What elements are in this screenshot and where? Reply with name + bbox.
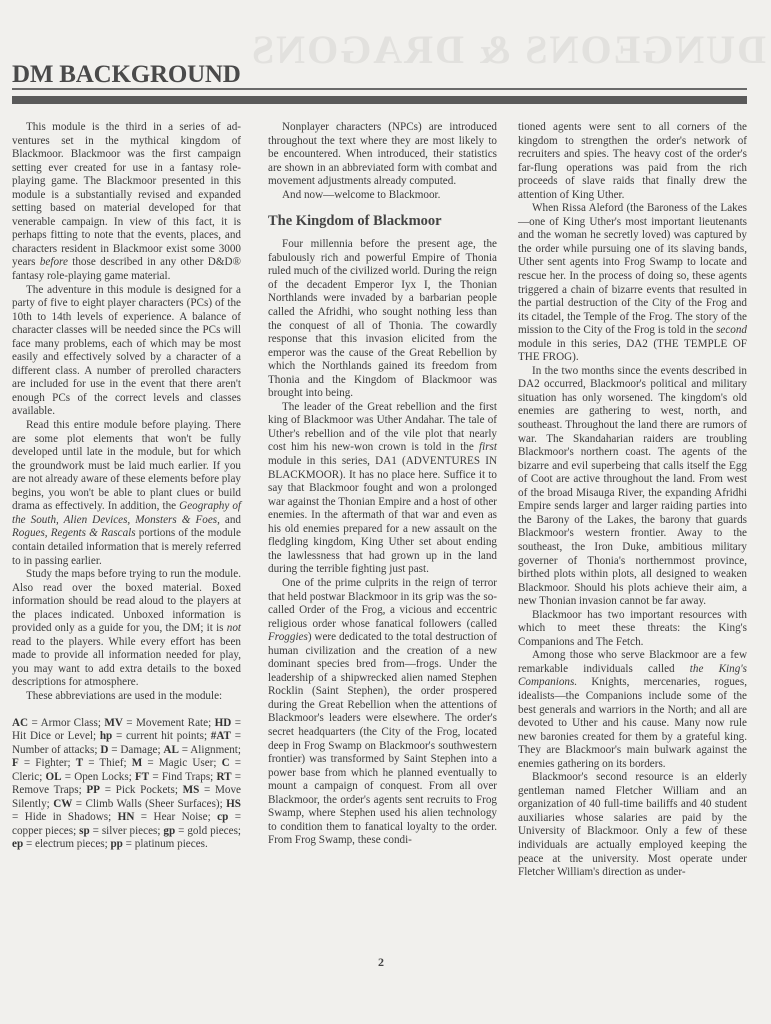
abbreviation-meaning: = Climb Walls (Sheer Surfaces); — [72, 798, 226, 810]
abbreviation-meaning: = Thief; — [83, 757, 132, 769]
abbreviation-code: sp — [79, 825, 90, 837]
paragraph: This module is the third in a series of … — [12, 121, 241, 284]
paragraph: Four millennia before the present age, t… — [268, 238, 497, 401]
abbreviation-meaning: = platinum pieces. — [123, 838, 208, 850]
abbreviation-code: CW — [53, 798, 72, 810]
abbreviation-code: RT — [216, 771, 231, 783]
abbreviation-meaning: = Open Locks; — [62, 771, 135, 783]
paragraph: The adventure in this module is designed… — [12, 284, 241, 419]
paragraph: Read this entire module before playing. … — [12, 419, 241, 568]
page-number: 2 — [378, 955, 384, 970]
abbreviation-code: FT — [135, 771, 149, 783]
paragraph: Study the maps before trying to run the … — [12, 568, 241, 690]
abbreviation-code: F — [12, 757, 19, 769]
abbreviations-list: AC = Armor Class; MV = Movement Rate; HD… — [12, 717, 241, 852]
abbreviation-code: T — [76, 757, 83, 769]
title-rule-thin — [12, 88, 747, 90]
paragraph: The leader of the Great rebellion and th… — [268, 401, 497, 577]
paragraph: And now—welcome to Blackmoor. — [268, 189, 497, 203]
column-left: This module is the third in a series of … — [12, 121, 241, 852]
abbreviation-meaning: = electrum pieces; — [23, 838, 110, 850]
abbreviation-code: hp — [100, 730, 112, 742]
abbreviation-code: gp — [163, 825, 175, 837]
abbreviation-code: AL — [163, 744, 178, 756]
paragraph: Blackmoor's second resource is an elderl… — [518, 771, 747, 879]
abbreviation-meaning: = Armor Class; — [28, 717, 104, 729]
abbreviation-meaning: = gold pieces; — [175, 825, 241, 837]
abbreviation-code: #AT — [211, 730, 231, 742]
paragraph: When Rissa Aleford (the Baroness of the … — [518, 202, 747, 365]
abbreviation-meaning: = Movement Rate; — [123, 717, 215, 729]
paragraph: Nonplayer characters (NPCs) are intro­du… — [268, 121, 497, 189]
abbreviation-code: ep — [12, 838, 23, 850]
column-middle: Nonplayer characters (NPCs) are intro­du… — [268, 121, 497, 848]
paragraph: One of the prime culprits in the reign o… — [268, 577, 497, 848]
abbreviation-meaning: = Find Traps; — [149, 771, 216, 783]
abbreviation-code: MS — [183, 784, 200, 796]
abbreviation-code: pp — [110, 838, 122, 850]
abbreviation-meaning: = current hit points; — [112, 730, 210, 742]
abbreviation-code: HS — [226, 798, 241, 810]
abbreviation-code: PP — [86, 784, 100, 796]
page-title: DM BACKGROUND — [12, 60, 241, 90]
abbreviation-meaning: = Alignment; — [179, 744, 241, 756]
abbreviation-code: MV — [104, 717, 123, 729]
title-rule-thick — [12, 96, 747, 104]
paragraph: Blackmoor has two important resources wi… — [518, 609, 747, 650]
abbreviation-code: HD — [215, 717, 232, 729]
abbreviation-code: cp — [217, 811, 228, 823]
abbreviation-code: HN — [118, 811, 135, 823]
abbreviation-code: C — [222, 757, 230, 769]
column-right: tioned agents were sent to all corners o… — [518, 121, 747, 880]
section-heading: The Kingdom of Blackmoor — [268, 213, 497, 229]
abbreviation-meaning: = Hear Noise; — [134, 811, 217, 823]
abbreviation-code: OL — [45, 771, 61, 783]
abbreviation-meaning: = Pick Pockets; — [100, 784, 183, 796]
paragraph: Among those who serve Blackmoor are a fe… — [518, 649, 747, 771]
paragraph: These abbreviations are used in the mod­… — [12, 690, 241, 704]
paragraph: tioned agents were sent to all corners o… — [518, 121, 747, 202]
abbreviation-meaning: = Fighter; — [19, 757, 76, 769]
abbreviation-meaning: = silver pieces; — [90, 825, 164, 837]
abbreviation-code: M — [132, 757, 143, 769]
abbreviation-meaning: = Magic User; — [142, 757, 221, 769]
abbreviation-meaning: = Hide in Shadows; — [12, 811, 118, 823]
bleedthrough-logo: DUNGEONS & DRAGONS — [250, 30, 766, 70]
abbreviation-meaning: = Damage; — [108, 744, 163, 756]
abbreviation-code: AC — [12, 717, 28, 729]
paragraph: In the two months since the events de­sc… — [518, 365, 747, 609]
